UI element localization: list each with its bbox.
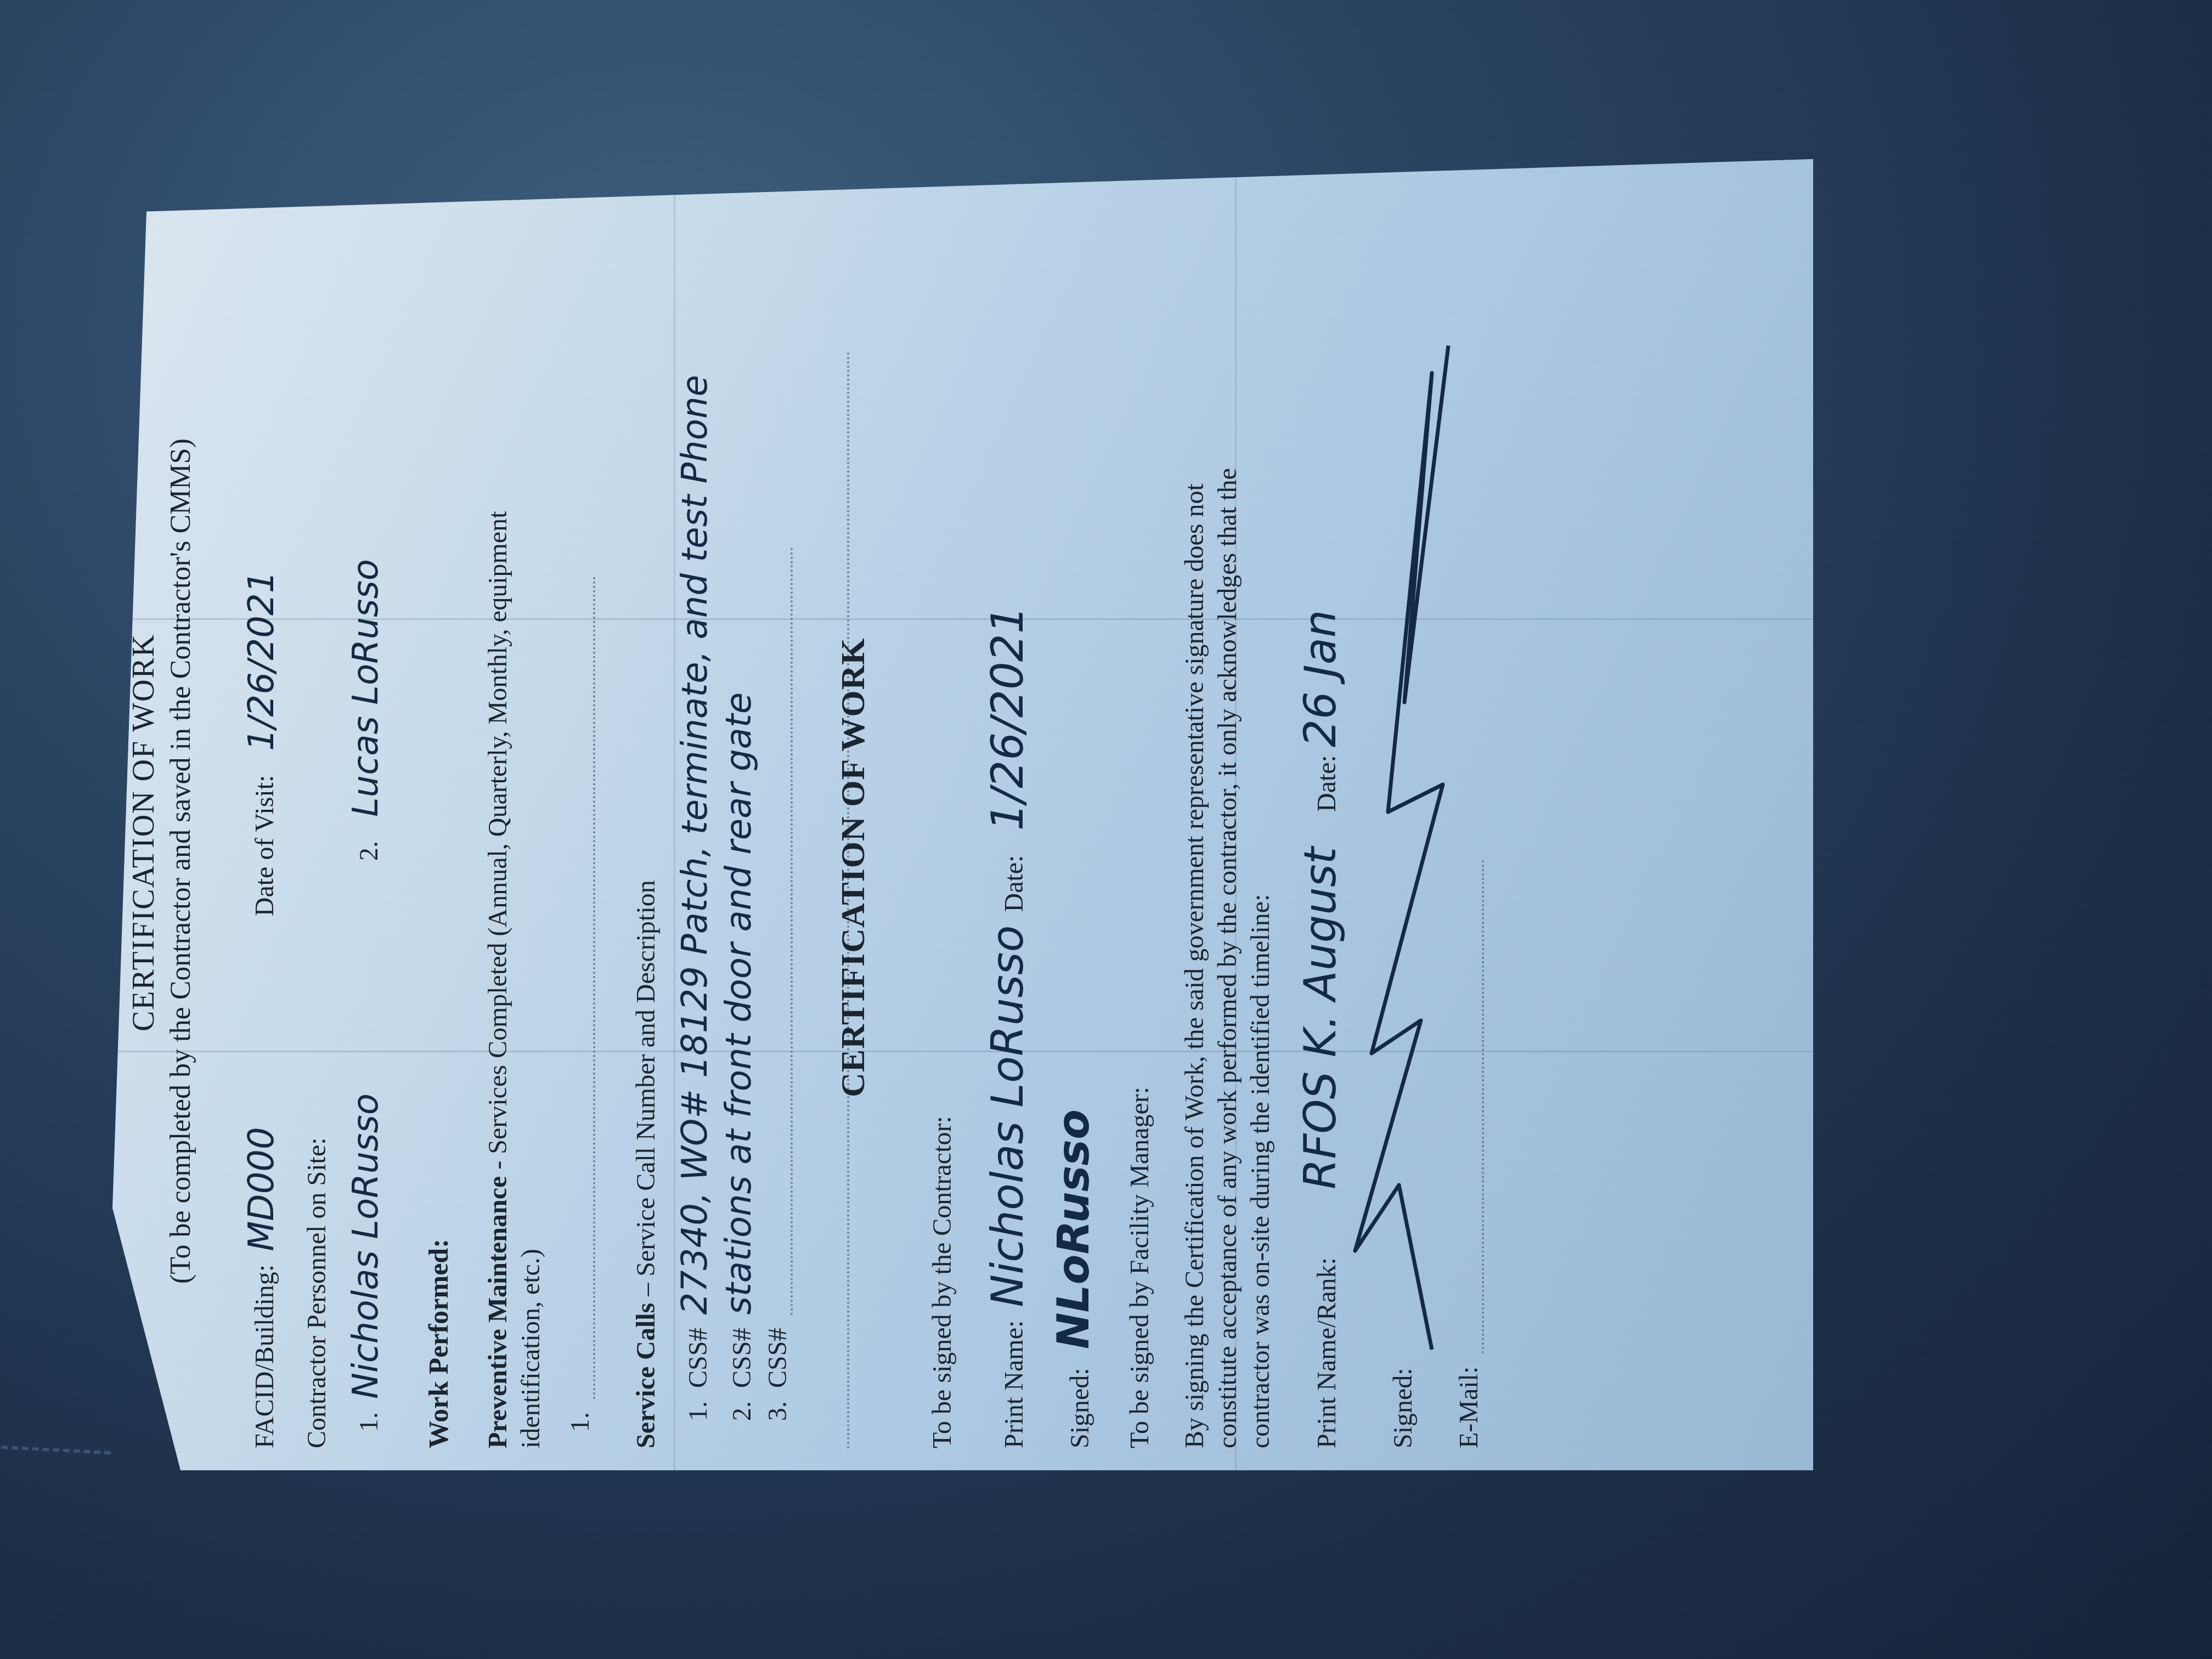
- certification-heading: CERTIFICATION OF WORK: [834, 637, 873, 1097]
- service-call-value: stations at front door and rear gate: [719, 692, 759, 1315]
- seat-stitching: [0, 1446, 111, 1498]
- date-of-visit-label: Date of Visit:: [250, 775, 279, 917]
- print-name-label: Print Name:: [1000, 1321, 1029, 1448]
- facility-label: FACID/Building:: [250, 1265, 279, 1448]
- service-calls-label-rest: – Service Call Number and Description: [631, 880, 661, 1302]
- service-call-row: 1. CSS# 27340, WO# 18129 Patch, terminat…: [675, 375, 715, 1421]
- disclaimer-line: contractor was on-site during the identi…: [1245, 894, 1276, 1448]
- pm-label-line2: identification, etc.): [516, 1249, 546, 1448]
- service-call-row: 2. CSS# stations at front door and rear …: [719, 692, 759, 1421]
- personnel-name: Nicholas LoRusso: [346, 1093, 386, 1399]
- personnel-num: 1.: [354, 1412, 383, 1432]
- pm-label-rest: - Services Completed (Annual, Quarterly,…: [483, 511, 512, 1176]
- service-call-prefix: CSS#: [684, 1328, 713, 1388]
- pm-item-num: 1.: [566, 1412, 595, 1432]
- contractor-signature: NLoRusso: [1048, 1109, 1099, 1349]
- facility-manager-sign-label: To be signed by Facility Manager:: [1125, 1087, 1155, 1448]
- service-call-num: 2.: [727, 1401, 757, 1421]
- pm-label-bold: Preventive Maintenance: [483, 1176, 512, 1448]
- contractor-date-label: Date:: [1000, 855, 1029, 912]
- contractor-print-name: Nicholas LoRusso: [982, 926, 1033, 1307]
- service-calls-label-bold: Service Calls: [631, 1303, 661, 1448]
- service-call-prefix: CSS#: [763, 1328, 792, 1388]
- service-call-field[interactable]: [785, 547, 793, 1315]
- contractor-date: 1/26/2021: [982, 606, 1033, 831]
- certification-form: CERTIFICATION OF WORK (To be completed b…: [126, 219, 1772, 1481]
- form-subtitle: (To be completed by the Contractor and s…: [165, 438, 197, 1284]
- fm-email-field[interactable]: [1476, 860, 1484, 1353]
- work-performed-label: Work Performed:: [422, 1239, 454, 1448]
- fm-signature: [1322, 263, 1465, 1361]
- contractor-personnel-label: Contractor Personnel on Site:: [302, 1137, 332, 1448]
- contractor-sign-label: To be signed by the Contractor:: [927, 1116, 957, 1448]
- fm-signed-label: Signed:: [1389, 1368, 1418, 1448]
- personnel-num: 2.: [354, 841, 383, 861]
- service-call-row: 3. CSS#: [763, 547, 793, 1421]
- facility-value: MD000: [241, 1127, 282, 1251]
- contractor-signed-label: Signed:: [1065, 1368, 1094, 1448]
- service-call-prefix: CSS#: [727, 1328, 757, 1388]
- disclaimer-line: By signing the Certification of Work, th…: [1180, 483, 1210, 1448]
- service-call-num: 3.: [763, 1401, 792, 1421]
- service-call-num: 1.: [684, 1401, 713, 1421]
- form-title: CERTIFICATION OF WORK: [126, 634, 161, 1031]
- personnel-name: Lucas LoRusso: [346, 559, 386, 817]
- date-of-visit-value: 1/26/2021: [241, 571, 282, 751]
- disclaimer-line: constitute acceptance of any work perfor…: [1212, 468, 1243, 1448]
- pm-item-field[interactable]: [588, 576, 595, 1399]
- service-call-value: 27340, WO# 18129 Patch, terminate, and t…: [675, 375, 715, 1314]
- fm-email-label: E-Mail:: [1454, 1367, 1483, 1448]
